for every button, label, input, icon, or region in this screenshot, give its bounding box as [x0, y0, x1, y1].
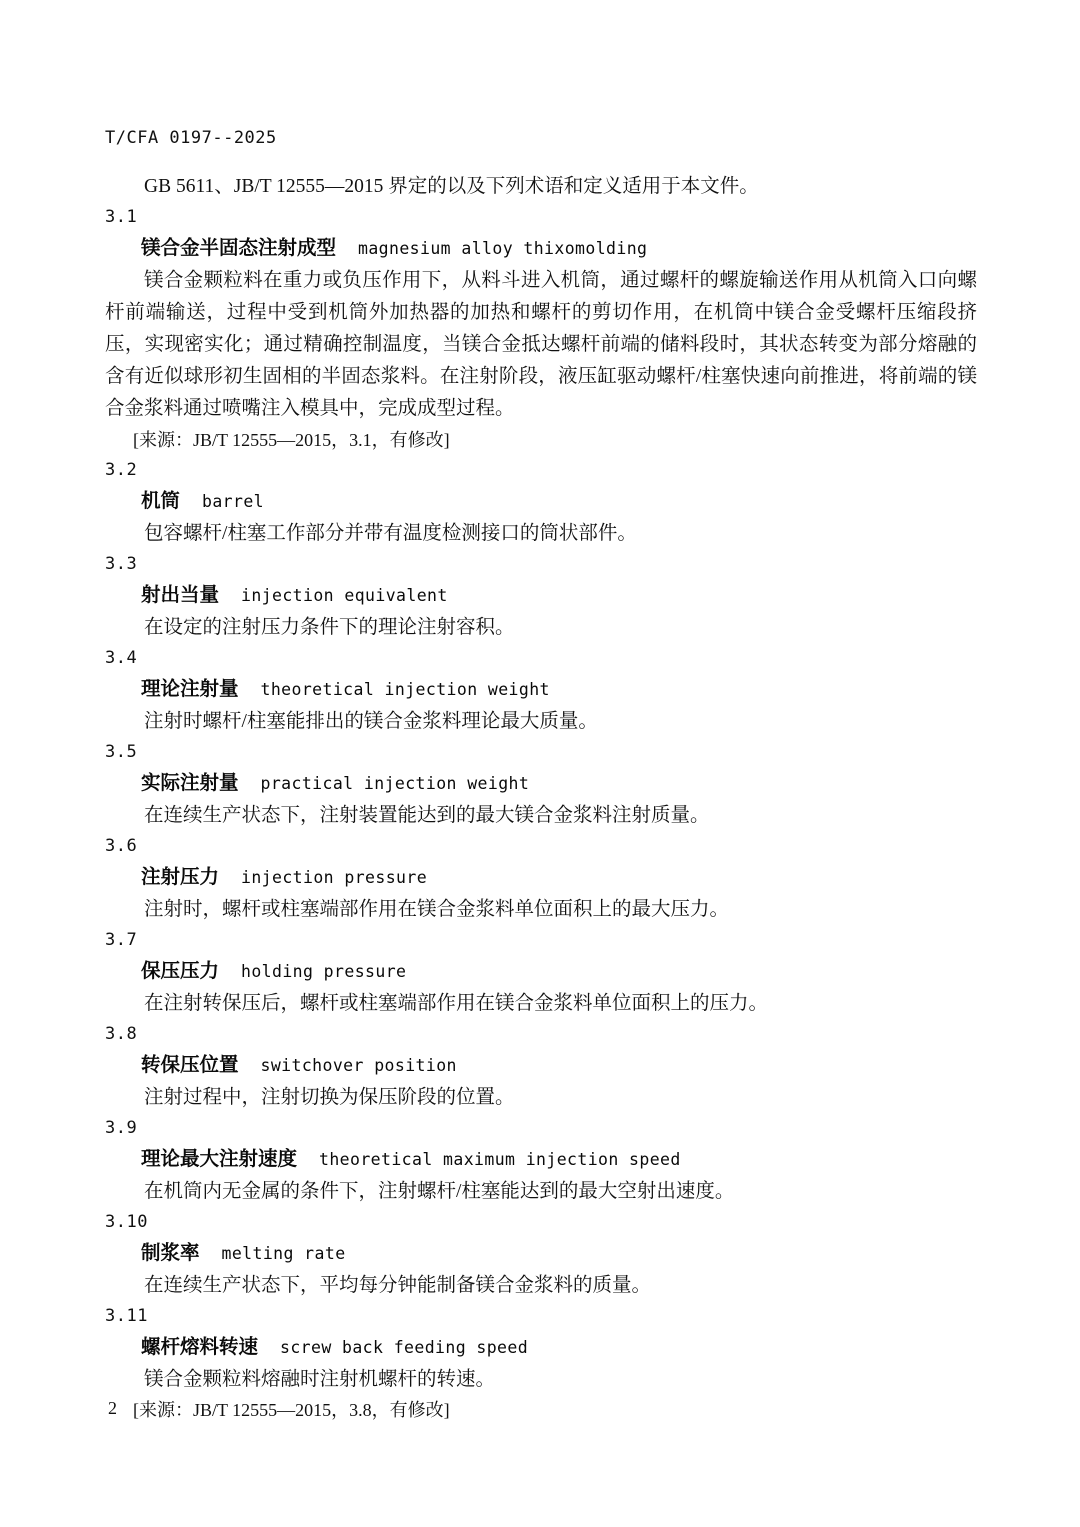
section-3-11: 3.11 螺杆熔料转速 screw back feeding speed 镁合金… — [105, 1301, 977, 1425]
term-zh: 实际注射量 — [141, 772, 239, 794]
term-en: barrel — [202, 492, 264, 511]
section-3-10: 3.10 制浆率 melting rate 在连续生产状态下，平均每分钟能制备镁… — [105, 1207, 977, 1301]
definition: 在连续生产状态下，平均每分钟能制备镁合金浆料的质量。 — [105, 1270, 977, 1301]
term-line: 注射压力 injection pressure — [141, 862, 977, 894]
section-number: 3.4 — [105, 643, 977, 674]
section-3-5: 3.5 实际注射量 practical injection weight 在连续… — [105, 737, 977, 831]
term-zh: 制浆率 — [141, 1242, 200, 1264]
term-zh: 理论注射量 — [141, 678, 239, 700]
section-number: 3.3 — [105, 549, 977, 580]
document-page: T/CFA 0197--2025 GB 5611、JB/T 12555—2015… — [105, 126, 977, 1425]
source-note: [来源：JB/T 12555—2015，3.8，有修改] — [133, 1395, 977, 1425]
term-line: 实际注射量 practical injection weight — [141, 768, 977, 800]
term-zh: 螺杆熔料转速 — [141, 1336, 258, 1358]
definition: 镁合金颗粒料在重力或负压作用下，从料斗进入机筒，通过螺杆的螺旋输送作用从机筒入口… — [105, 265, 977, 425]
section-3-6: 3.6 注射压力 injection pressure 注射时，螺杆或柱塞端部作… — [105, 831, 977, 925]
section-number: 3.10 — [105, 1207, 977, 1238]
term-zh: 射出当量 — [141, 584, 219, 606]
definition: 镁合金颗粒料熔融时注射机螺杆的转速。 — [105, 1364, 977, 1395]
doc-header: T/CFA 0197--2025 — [105, 126, 977, 150]
term-zh: 转保压位置 — [141, 1054, 239, 1076]
section-3-2: 3.2 机筒 barrel 包容螺杆/柱塞工作部分并带有温度检测接口的筒状部件。 — [105, 455, 977, 549]
section-3-7: 3.7 保压压力 holding pressure 在注射转保压后，螺杆或柱塞端… — [105, 925, 977, 1019]
section-number: 3.11 — [105, 1301, 977, 1332]
definition: 在设定的注射压力条件下的理论注射容积。 — [105, 612, 977, 643]
source-note: [来源：JB/T 12555—2015，3.1，有修改] — [133, 425, 977, 455]
term-line: 理论最大注射速度 theoretical maximum injection s… — [141, 1144, 977, 1176]
term-line: 镁合金半固态注射成型 magnesium alloy thixomolding — [141, 233, 977, 265]
section-number: 3.2 — [105, 455, 977, 486]
term-line: 制浆率 melting rate — [141, 1238, 977, 1270]
term-en: injection pressure — [241, 868, 427, 887]
definition: 在连续生产状态下，注射装置能达到的最大镁合金浆料注射质量。 — [105, 800, 977, 831]
section-3-1: 3.1 镁合金半固态注射成型 magnesium alloy thixomold… — [105, 202, 977, 455]
section-number: 3.8 — [105, 1019, 977, 1050]
definition: 在注射转保压后，螺杆或柱塞端部作用在镁合金浆料单位面积上的压力。 — [105, 988, 977, 1019]
term-en: melting rate — [222, 1244, 346, 1263]
section-number: 3.9 — [105, 1113, 977, 1144]
term-en: magnesium alloy thixomolding — [358, 239, 647, 258]
term-line: 螺杆熔料转速 screw back feeding speed — [141, 1332, 977, 1364]
term-en: injection equivalent — [241, 586, 448, 605]
term-en: switchover position — [261, 1056, 457, 1075]
definition: 注射过程中，注射切换为保压阶段的位置。 — [105, 1082, 977, 1113]
section-number: 3.1 — [105, 202, 977, 233]
intro-paragraph: GB 5611、JB/T 12555—2015 界定的以及下列术语和定义适用于本… — [105, 171, 977, 202]
term-line: 理论注射量 theoretical injection weight — [141, 674, 977, 706]
definition: 注射时，螺杆或柱塞端部作用在镁合金浆料单位面积上的最大压力。 — [105, 894, 977, 925]
definition: 包容螺杆/柱塞工作部分并带有温度检测接口的筒状部件。 — [105, 518, 977, 549]
term-en: theoretical injection weight — [261, 680, 550, 699]
section-3-8: 3.8 转保压位置 switchover position 注射过程中，注射切换… — [105, 1019, 977, 1113]
section-3-9: 3.9 理论最大注射速度 theoretical maximum injecti… — [105, 1113, 977, 1207]
section-number: 3.7 — [105, 925, 977, 956]
term-en: holding pressure — [241, 962, 406, 981]
term-en: practical injection weight — [261, 774, 530, 793]
term-line: 转保压位置 switchover position — [141, 1050, 977, 1082]
term-zh: 注射压力 — [141, 866, 219, 888]
term-line: 机筒 barrel — [141, 486, 977, 518]
definition: 在机筒内无金属的条件下，注射螺杆/柱塞能达到的最大空射出速度。 — [105, 1176, 977, 1207]
term-line: 保压压力 holding pressure — [141, 956, 977, 988]
term-line: 射出当量 injection equivalent — [141, 580, 977, 612]
section-number: 3.6 — [105, 831, 977, 862]
term-zh: 机筒 — [141, 490, 180, 512]
term-en: theoretical maximum injection speed — [319, 1150, 681, 1169]
page-number: 2 — [108, 1396, 117, 1420]
term-zh: 镁合金半固态注射成型 — [141, 237, 336, 259]
section-3-3: 3.3 射出当量 injection equivalent 在设定的注射压力条件… — [105, 549, 977, 643]
term-zh: 保压压力 — [141, 960, 219, 982]
term-en: screw back feeding speed — [280, 1338, 528, 1357]
definition: 注射时螺杆/柱塞能排出的镁合金浆料理论最大质量。 — [105, 706, 977, 737]
section-3-4: 3.4 理论注射量 theoretical injection weight 注… — [105, 643, 977, 737]
section-number: 3.5 — [105, 737, 977, 768]
term-zh: 理论最大注射速度 — [141, 1148, 297, 1170]
